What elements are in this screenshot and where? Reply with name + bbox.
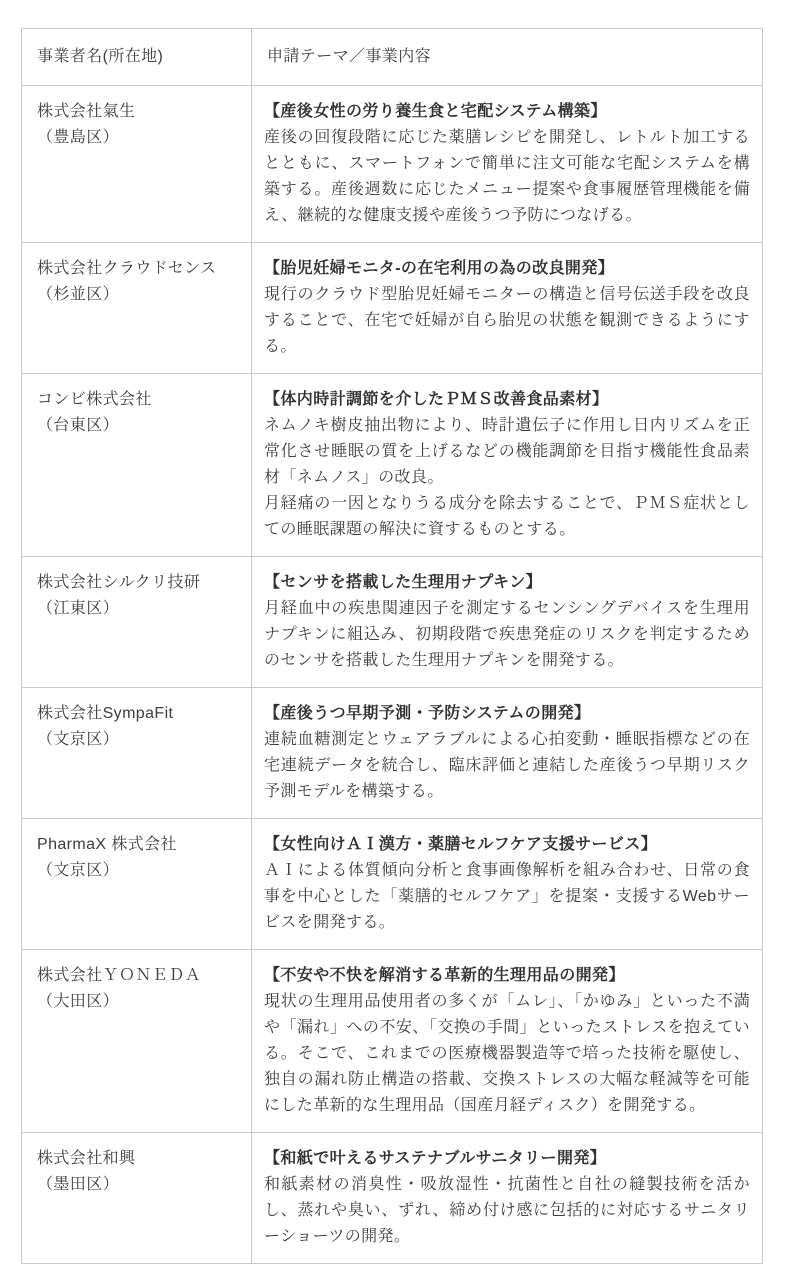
company-cell: 株式会社シルクリ技研 （江東区） bbox=[22, 557, 252, 688]
theme-cell: 【和紙で叶えるサステナブルサニタリー開発】 和紙素材の消臭性・吸放湿性・抗菌性と… bbox=[252, 1133, 763, 1264]
project-title: 【センサを搭載した生理用ナプキン】 bbox=[264, 570, 750, 596]
project-body: 和紙素材の消臭性・吸放湿性・抗菌性と自社の縫製技術を活かし、蒸れや臭い、ずれ、締… bbox=[264, 1172, 750, 1250]
company-cell: 株式会社SympaFit （文京区） bbox=[22, 688, 252, 819]
company-name: 株式会社氣生 bbox=[37, 99, 239, 125]
table-row: 株式会社氣生 （豊島区） 【産後女性の労り養生食と宅配システム構築】 産後の回復… bbox=[22, 86, 763, 243]
company-location: （豊島区） bbox=[37, 125, 239, 151]
company-name: 株式会社和興 bbox=[37, 1146, 239, 1172]
theme-cell: 【体内時計調節を介したＰＭＳ改善食品素材】 ネムノキ樹皮抽出物により、時計遺伝子… bbox=[252, 374, 763, 557]
theme-cell: 【産後女性の労り養生食と宅配システム構築】 産後の回復段階に応じた薬膳レシピを開… bbox=[252, 86, 763, 243]
project-title: 【不安や不快を解消する革新的生理用品の開発】 bbox=[264, 963, 750, 989]
company-location: （杉並区） bbox=[37, 282, 239, 308]
table-row: 株式会社和興 （墨田区） 【和紙で叶えるサステナブルサニタリー開発】 和紙素材の… bbox=[22, 1133, 763, 1264]
project-description: 現行のクラウド型胎児妊婦モニターの構造と信号伝送手段を改良することで、在宅で妊婦… bbox=[264, 282, 750, 360]
project-description: 産後の回復段階に応じた薬膳レシピを開発し、レトルト加工するとともに、スマートフォ… bbox=[264, 125, 750, 229]
project-description: 現状の生理用品使用者の多くが「ムレ」、「かゆみ」といった不満や「漏れ」への不安、… bbox=[264, 989, 750, 1119]
project-description: 月経血中の疾患関連因子を測定するセンシングデバイスを生理用ナプキンに組込み、初期… bbox=[264, 596, 750, 674]
project-body: ＡＩによる体質傾向分析と食事画像解析を組み合わせ、日常の食事を中心とした「薬膳的… bbox=[264, 858, 750, 936]
company-name: 株式会社ＹＯＮＥＤＡ bbox=[37, 963, 239, 989]
theme-cell: 【女性向けＡＩ漢方・薬膳セルフケア支援サービス】 ＡＩによる体質傾向分析と食事画… bbox=[252, 819, 763, 950]
theme-cell: 【不安や不快を解消する革新的生理用品の開発】 現状の生理用品使用者の多くが「ムレ… bbox=[252, 950, 763, 1133]
project-body: 現行のクラウド型胎児妊婦モニターの構造と信号伝送手段を改良することで、在宅で妊婦… bbox=[264, 282, 750, 360]
company-name: 株式会社クラウドセンス bbox=[37, 256, 239, 282]
header-theme: 申請テーマ／事業内容 bbox=[252, 29, 763, 86]
project-description: ネムノキ樹皮抽出物により、時計遺伝子に作用し日内リズムを正常化させ睡眠の質を上げ… bbox=[264, 413, 750, 491]
table-header-row: 事業者名(所在地) 申請テーマ／事業内容 bbox=[22, 29, 763, 86]
company-name: コンビ株式会社 bbox=[37, 387, 239, 413]
table-row: 株式会社シルクリ技研 （江東区） 【センサを搭載した生理用ナプキン】 月経血中の… bbox=[22, 557, 763, 688]
table-body: 株式会社氣生 （豊島区） 【産後女性の労り養生食と宅配システム構築】 産後の回復… bbox=[22, 86, 763, 1264]
company-cell: 株式会社氣生 （豊島区） bbox=[22, 86, 252, 243]
project-title: 【女性向けＡＩ漢方・薬膳セルフケア支援サービス】 bbox=[264, 832, 750, 858]
company-cell: PharmaX 株式会社 （文京区） bbox=[22, 819, 252, 950]
project-title: 【胎児妊婦モニタ-の在宅利用の為の改良開発】 bbox=[264, 256, 750, 282]
company-location: （台東区） bbox=[37, 413, 239, 439]
table-row: コンビ株式会社 （台東区） 【体内時計調節を介したＰＭＳ改善食品素材】 ネムノキ… bbox=[22, 374, 763, 557]
company-location: （墨田区） bbox=[37, 1172, 239, 1198]
project-description: 和紙素材の消臭性・吸放湿性・抗菌性と自社の縫製技術を活かし、蒸れや臭い、ずれ、締… bbox=[264, 1172, 750, 1250]
theme-cell: 【産後うつ早期予測・予防システムの開発】 連続血糖測定とウェアラブルによる心拍変… bbox=[252, 688, 763, 819]
company-cell: 株式会社クラウドセンス （杉並区） bbox=[22, 243, 252, 374]
project-description: 月経痛の一因となりうる成分を除去することで、ＰＭＳ症状としての睡眠課題の解決に資… bbox=[264, 491, 750, 543]
project-body: ネムノキ樹皮抽出物により、時計遺伝子に作用し日内リズムを正常化させ睡眠の質を上げ… bbox=[264, 413, 750, 543]
project-body: 月経血中の疾患関連因子を測定するセンシングデバイスを生理用ナプキンに組込み、初期… bbox=[264, 596, 750, 674]
company-name: PharmaX 株式会社 bbox=[37, 832, 239, 858]
table-row: 株式会社ＹＯＮＥＤＡ （大田区） 【不安や不快を解消する革新的生理用品の開発】 … bbox=[22, 950, 763, 1133]
company-cell: 株式会社和興 （墨田区） bbox=[22, 1133, 252, 1264]
table-row: 株式会社SympaFit （文京区） 【産後うつ早期予測・予防システムの開発】 … bbox=[22, 688, 763, 819]
theme-cell: 【胎児妊婦モニタ-の在宅利用の為の改良開発】 現行のクラウド型胎児妊婦モニターの… bbox=[252, 243, 763, 374]
project-description: 連続血糖測定とウェアラブルによる心拍変動・睡眠指標などの在宅連続データを統合し、… bbox=[264, 727, 750, 805]
project-body: 産後の回復段階に応じた薬膳レシピを開発し、レトルト加工するとともに、スマートフォ… bbox=[264, 125, 750, 229]
project-title: 【和紙で叶えるサステナブルサニタリー開発】 bbox=[264, 1146, 750, 1172]
company-location: （文京区） bbox=[37, 727, 239, 753]
company-location: （大田区） bbox=[37, 989, 239, 1015]
project-body: 連続血糖測定とウェアラブルによる心拍変動・睡眠指標などの在宅連続データを統合し、… bbox=[264, 727, 750, 805]
company-name: 株式会社SympaFit bbox=[37, 701, 239, 727]
company-location: （文京区） bbox=[37, 858, 239, 884]
projects-table: 事業者名(所在地) 申請テーマ／事業内容 株式会社氣生 （豊島区） 【産後女性の… bbox=[21, 28, 763, 1264]
header-company: 事業者名(所在地) bbox=[22, 29, 252, 86]
company-name: 株式会社シルクリ技研 bbox=[37, 570, 239, 596]
company-cell: コンビ株式会社 （台東区） bbox=[22, 374, 252, 557]
page: 事業者名(所在地) 申請テーマ／事業内容 株式会社氣生 （豊島区） 【産後女性の… bbox=[0, 0, 800, 1272]
company-location: （江東区） bbox=[37, 596, 239, 622]
table-row: 株式会社クラウドセンス （杉並区） 【胎児妊婦モニタ-の在宅利用の為の改良開発】… bbox=[22, 243, 763, 374]
table-row: PharmaX 株式会社 （文京区） 【女性向けＡＩ漢方・薬膳セルフケア支援サー… bbox=[22, 819, 763, 950]
project-title: 【産後女性の労り養生食と宅配システム構築】 bbox=[264, 99, 750, 125]
company-cell: 株式会社ＹＯＮＥＤＡ （大田区） bbox=[22, 950, 252, 1133]
project-body: 現状の生理用品使用者の多くが「ムレ」、「かゆみ」といった不満や「漏れ」への不安、… bbox=[264, 989, 750, 1119]
project-description: ＡＩによる体質傾向分析と食事画像解析を組み合わせ、日常の食事を中心とした「薬膳的… bbox=[264, 858, 750, 936]
project-title: 【体内時計調節を介したＰＭＳ改善食品素材】 bbox=[264, 387, 750, 413]
project-title: 【産後うつ早期予測・予防システムの開発】 bbox=[264, 701, 750, 727]
theme-cell: 【センサを搭載した生理用ナプキン】 月経血中の疾患関連因子を測定するセンシングデ… bbox=[252, 557, 763, 688]
